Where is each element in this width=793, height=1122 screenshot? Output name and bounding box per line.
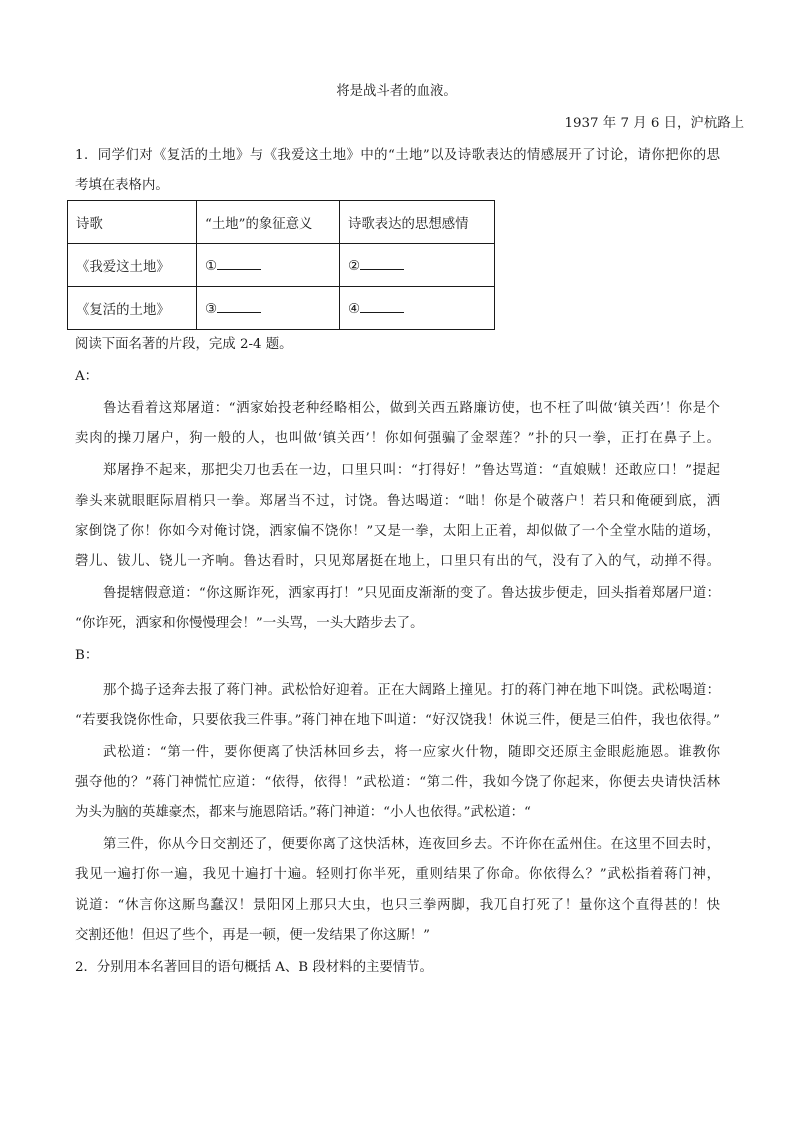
passage-b-line: 我见一遍打你一遍，我见十遍打十遍。轻则打你半死，重则结果了你命。你依得么？”武松…	[75, 866, 720, 884]
question-2-text: 2．分别用本名著回目的语句概括 A、B 段材料的主要情节。	[75, 959, 433, 977]
passage-b-label: B：	[75, 647, 98, 665]
passage-a-line: 家倒饶了你！你如今对俺讨饶，洒家偏不饶你！”又是一拳，太阳上正着，却似做了一个全…	[75, 523, 720, 541]
passage-b-line: 交割还他！但迟了些个，再是一顿，便一发结果了你这厮！”	[75, 927, 430, 945]
question-1-text-line1: 1．同学们对《复活的土地》与《我爱这土地》中的“土地”以及诗歌表达的情感展开了讨…	[75, 147, 720, 165]
passage-b-line: 说道：“休言你这厮鸟蠢汉！景阳冈上那只大虫，也只三拳两脚，我兀自打死了！量你这个…	[75, 897, 720, 915]
passage-a-line: 卖肉的操刀屠户，狗一般的人，也叫做‘镇关西’！你如何强骗了金翠莲？”扑的只一拳，…	[75, 430, 720, 448]
answer-marker: ②	[348, 259, 360, 274]
table-row: 《我爱这土地》 ① ②	[68, 244, 495, 287]
table-header-poem: 诗歌	[68, 201, 197, 244]
table-cell-poem: 《我爱这土地》	[68, 244, 197, 287]
passage-b-line: “若要我饶你性命，只要依我三件事。”蒋门神在地下叫道：“好汉饶我！休说三件，便是…	[75, 712, 720, 730]
table-row: 《复活的土地》 ③ ④	[68, 287, 495, 330]
answer-marker: ③	[205, 302, 217, 317]
answer-blank[interactable]	[217, 300, 261, 313]
answer-blank[interactable]	[360, 300, 404, 313]
answer-blank[interactable]	[217, 257, 261, 270]
passage-b-line: 强夺他的？”蒋门神慌忙应道：“依得，依得！”武松道：“第二件，我如今饶了你起来，…	[75, 774, 720, 792]
passage-b-line: 第三件，你从今日交割还了，便要你离了这快活林，连夜回乡去。不许你在孟州住。在这里…	[103, 836, 720, 854]
answer-marker: ①	[205, 259, 217, 274]
passage-b-line: 那个捣子迳奔去报了蒋门神。武松恰好迎着。正在大阔路上撞见。打的蒋门神在地下叫饶。…	[103, 682, 720, 700]
table-header-emotion: 诗歌表达的思想感情	[340, 201, 495, 244]
poem-dateline: 1937 年 7 月 6 日，沪杭路上	[564, 115, 744, 133]
table-cell-symbol-answer[interactable]: ③	[197, 287, 340, 330]
passage-b-line: 为头为脑的英雄豪杰，都来与施恩陪话。”蒋门神道：“小人也依得。”武松道：“	[75, 804, 531, 822]
passage-a-line: 鲁提辖假意道：“你这厮诈死，洒家再打！”只见面皮渐渐的变了。鲁达拔步便走，回头指…	[103, 585, 720, 603]
passage-a-line: 磬儿、钹儿、铙儿一齐响。鲁达看时，只见郑屠挺在地上，口里只有出的气，没有了入的气…	[75, 553, 720, 571]
passage-a-line: 鲁达看着这郑屠道：“洒家始投老种经略相公，做到关西五路廉访使，也不枉了叫做‘镇关…	[103, 400, 720, 418]
passage-b-line: 武松道：“第一件，要你便离了快活林回乡去，将一应家火什物，随即交还原主金眼彪施恩…	[103, 744, 720, 762]
table-header-symbol: “土地”的象征意义	[197, 201, 340, 244]
answer-blank[interactable]	[360, 257, 404, 270]
table-cell-poem: 《复活的土地》	[68, 287, 197, 330]
poem-last-line: 将是战斗者的血液。	[0, 83, 793, 101]
poem-comparison-table: 诗歌 “土地”的象征意义 诗歌表达的思想感情 《我爱这土地》 ① ② 《复活的土…	[67, 200, 495, 330]
reading-intro: 阅读下面名著的片段，完成 2-4 题。	[75, 336, 293, 354]
passage-a-line: “你诈死，洒家和你慢慢理会！”一头骂，一头大踏步去了。	[75, 615, 423, 633]
table-cell-emotion-answer[interactable]: ④	[340, 287, 495, 330]
table-cell-symbol-answer[interactable]: ①	[197, 244, 340, 287]
passage-a-line: 郑屠挣不起来，那把尖刀也丢在一边，口里只叫：“打得好！”鲁达骂道：“直娘贼！还敢…	[103, 462, 720, 480]
question-1-text-line2: 考填在表格内。	[75, 177, 169, 195]
answer-marker: ④	[348, 302, 360, 317]
table-cell-emotion-answer[interactable]: ②	[340, 244, 495, 287]
passage-a-label: A：	[75, 368, 98, 386]
passage-a-line: 拳头来就眼眶际眉梢只一拳。郑屠当不过，讨饶。鲁达喝道：“咄！你是个破落户！若只和…	[75, 493, 720, 511]
table-header-row: 诗歌 “土地”的象征意义 诗歌表达的思想感情	[68, 201, 495, 244]
